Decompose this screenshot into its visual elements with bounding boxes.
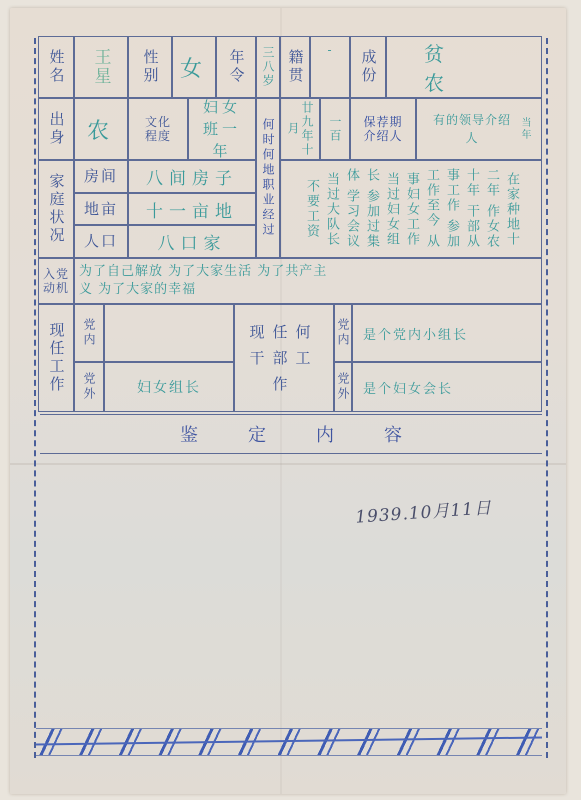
former-outer-label-cell: 党外 <box>334 362 352 412</box>
former-inner-value: 是个党内小组长 <box>363 324 468 343</box>
join-value: 廿九年十月 <box>286 99 314 159</box>
land-value-cell: 十一亩地 <box>128 193 256 225</box>
houses-value: 八间房子 <box>146 164 238 189</box>
native-value-cell: - <box>310 36 350 98</box>
age-label: 年令 <box>228 49 245 85</box>
people-label: 人口 <box>84 233 118 250</box>
native-label: 籍贯 <box>287 49 304 85</box>
native-value: - <box>327 43 332 57</box>
appraisal-title: 鉴定内容 <box>130 421 452 447</box>
houses-value-cell: 八间房子 <box>128 160 256 193</box>
age-label-cell: 年令 <box>216 36 256 98</box>
history-label-cell: 何时何地职业经过 <box>256 98 280 258</box>
former-inner-label: 党内 <box>336 318 350 348</box>
current-label-cell: 现任工作 <box>38 304 74 412</box>
join-value-cell: 廿九年十月 <box>280 98 320 160</box>
history-text: 在家种地十二年 作女农十年 干部从事工作 参加工作至今 从事妇女工作 当过妇女组… <box>301 165 521 253</box>
current-label: 现任工作 <box>48 322 65 394</box>
motive-label: 入党动机 <box>42 267 70 295</box>
gender-value-cell: 女 <box>172 36 216 98</box>
occupation-label-cell: 出身 <box>38 98 74 160</box>
education-value: 妇女班一年 <box>197 96 247 162</box>
land-label: 地亩 <box>84 201 118 218</box>
left-dashed-border <box>34 38 36 758</box>
name-value: 王星 <box>89 48 114 86</box>
houses-label: 房间 <box>84 168 118 185</box>
party-outer-value: 妇女组长 <box>137 377 201 397</box>
gender-label: 性别 <box>142 49 159 85</box>
join-extra: 一百 <box>328 115 342 143</box>
party-inner-label-cell: 党内 <box>74 304 104 362</box>
former-label-cell: 现任何干部工作 <box>234 304 334 412</box>
hatched-footer-band <box>36 728 542 756</box>
native-label-cell: 籍贯 <box>280 36 310 98</box>
occupation-value: 农 <box>87 114 115 145</box>
party-inner-value-cell <box>104 304 234 362</box>
guarantor-value-cell: 有的领导介绍人 当年 <box>416 98 542 160</box>
motive-text-cell: 为了自己解放 为了大家生活 为了共产主义 为了大家的幸福 <box>74 258 542 304</box>
age-value-cell: 三八岁 <box>256 36 280 98</box>
name-label: 姓名 <box>48 49 65 85</box>
class-value-cell: 贫农 <box>386 36 542 98</box>
guarantor-value: 有的领导介绍人 <box>427 111 517 147</box>
former-outer-value: 是个妇女会长 <box>363 378 453 397</box>
party-inner-label: 党内 <box>82 318 96 348</box>
motive-text: 为了自己解放 为了大家生活 为了共产主义 为了大家的幸福 <box>79 263 329 299</box>
land-label-cell: 地亩 <box>74 193 128 225</box>
age-value: 三八岁 <box>261 46 275 88</box>
former-outer-label: 党外 <box>336 372 350 402</box>
motive-label-cell: 入党动机 <box>38 258 74 304</box>
history-text-cell: 在家种地十二年 作女农十年 干部从事工作 参加工作至今 从事妇女工作 当过妇女组… <box>280 160 542 258</box>
guarantor-label: 保荐期介绍人 <box>361 115 405 143</box>
class-label-cell: 成份 <box>350 36 386 98</box>
party-outer-value-cell: 妇女组长 <box>104 362 234 412</box>
former-label: 现任何干部工作 <box>249 319 319 397</box>
right-dashed-border <box>546 38 548 758</box>
former-outer-value-cell: 是个妇女会长 <box>352 362 542 412</box>
class-value: 贫农 <box>387 38 541 96</box>
join-extra-cell: 一百 <box>320 98 350 160</box>
party-outer-label: 党外 <box>82 372 96 402</box>
education-value-cell: 妇女班一年 <box>188 98 256 160</box>
name-value-cell: 王星 <box>74 36 128 98</box>
appraisal-section-header: 鉴定内容 <box>40 414 542 454</box>
name-label-cell: 姓名 <box>38 36 74 98</box>
houses-label-cell: 房间 <box>74 160 128 193</box>
history-label: 何时何地职业经过 <box>261 118 275 238</box>
guarantor-label-cell: 保荐期介绍人 <box>350 98 416 160</box>
people-label-cell: 人口 <box>74 225 128 258</box>
land-value: 十一亩地 <box>146 197 238 222</box>
former-inner-label-cell: 党内 <box>334 304 352 362</box>
education-label-cell: 文化程度 <box>128 98 188 160</box>
party-outer-label-cell: 党外 <box>74 362 104 412</box>
gender-value: 女 <box>180 52 208 83</box>
family-label: 家庭状况 <box>48 173 65 245</box>
occupation-value-cell: 农 <box>74 98 128 160</box>
class-label: 成份 <box>360 49 377 85</box>
family-label-cell: 家庭状况 <box>38 160 74 258</box>
occupation-label: 出身 <box>48 111 65 147</box>
people-value: 八口家 <box>158 229 227 254</box>
former-inner-value-cell: 是个党内小组长 <box>352 304 542 362</box>
education-label: 文化程度 <box>140 115 176 143</box>
gender-label-cell: 性别 <box>128 36 172 98</box>
people-value-cell: 八口家 <box>128 225 256 258</box>
corner-note: 当年 <box>517 117 531 141</box>
